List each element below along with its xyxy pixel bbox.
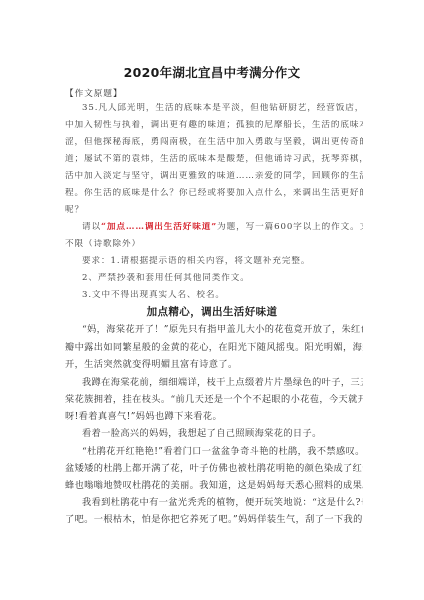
prompt-line: 中加入韧性与执着，调出更有趣的味道；孤独的尼摩船长，生活的底味本是苦 bbox=[65, 120, 363, 131]
essay-line: “杜鹃花开红艳艳!”看着门口一盆盆争奇斗艳的杜鹃，我不禁感叹。每一 bbox=[82, 446, 363, 457]
essay-line: 盆矮矮的杜鹃上都开满了花，叶子仿佛也被杜鹃花明艳的颜色染成了红色，蜜 bbox=[65, 463, 363, 474]
essay-title: 加点精心，调出生活好味道 bbox=[0, 304, 424, 319]
prompt-line: 活中加入淡定与坚守，调出更雅致的味道……亲爱的同学，回顾你的生活历 bbox=[65, 171, 363, 182]
essay-line: 看着一脸高兴的妈妈，我想起了自己照顾海棠花的日子。 bbox=[82, 428, 363, 439]
essay-line: 我蹲在海棠花前，细细端详，枝干上点缀着片片墨绿色的叶子，三五朵海 bbox=[82, 377, 363, 388]
instruction-suffix: 为题，写一篇600字以上的作文。文体 bbox=[217, 222, 363, 232]
essay-line: 我看到杜鹃花中有一盆光秃秃的植物，便开玩笑地说：“这是什么?也太丑 bbox=[82, 497, 363, 508]
prompt-line: 道；屡试不第的袁炜，生活的底味本是酸楚，但他诵诗习武，抚琴弈棋，在生 bbox=[65, 154, 363, 165]
essay-line: 蜂也嗡嗡地赞叹杜鹃花的美丽。我知道，这是妈妈每天悉心照料的成果。 bbox=[65, 480, 363, 491]
essay-line: 了吧。一根枯木，怕是你把它养死了吧。”妈妈佯装生气，刮了一下我的鼻 bbox=[65, 514, 363, 525]
instruction-continuation: 不限（诗歌除外） bbox=[65, 239, 363, 250]
document-title: 2020年湖北宜昌中考满分作文 bbox=[0, 63, 424, 81]
requirement-line: 2、严禁抄袭和套用任何其他同类作文。 bbox=[82, 273, 363, 284]
essay-topic-highlight: “加点……调出生活好味道” bbox=[101, 222, 217, 232]
requirement-line: 要求：1.请根据提示语的相关内容，将文题补充完整。 bbox=[82, 256, 363, 267]
essay-line: “妈，海棠花开了！”原先只有指甲盖儿大小的花苞竟开放了，朱红色的花 bbox=[82, 324, 363, 335]
instruction-prefix: 请以 bbox=[82, 222, 101, 232]
prompt-line: 程。你生活的底味是什么？你已经或将要加入点什么，来调出生活更好的味道 bbox=[65, 188, 363, 199]
document-page: 2020年湖北宜昌中考满分作文 【作文原题】 35.凡人邱光明，生活的底味本是平… bbox=[0, 0, 424, 600]
prompt-line: 35.凡人邱光明，生活的底味本是平淡，但他钻研厨艺，经营饭店，在生活 bbox=[82, 103, 363, 114]
essay-line: 开，生活突然就变得明媚且富有诗意了。 bbox=[65, 359, 363, 370]
essay-line: 呀!看着真喜气!”妈妈也蹲下来看花。 bbox=[65, 411, 363, 422]
essay-line: 棠花簇拥着，挂在枝头。“前几天还是一个个不起眼的小花苞，今天就开花了 bbox=[65, 394, 363, 405]
prompt-line: 涩，但他探秘海底，勇闯南极，在生活中加入勇敢与坚毅，调出更传奇的味 bbox=[65, 137, 363, 148]
section-label: 【作文原题】 bbox=[65, 87, 123, 99]
instruction-line: 请以“加点……调出生活好味道”为题，写一篇600字以上的作文。文体 bbox=[82, 222, 363, 233]
prompt-line: 呢？ bbox=[65, 205, 363, 216]
requirement-line: 3.文中不得出现真实人名、校名。 bbox=[82, 290, 363, 301]
essay-line: 瓣中露出如同繁星般的金黄的花心，在阳光下随风摇曳。阳光明媚，海棠花 bbox=[65, 342, 363, 353]
